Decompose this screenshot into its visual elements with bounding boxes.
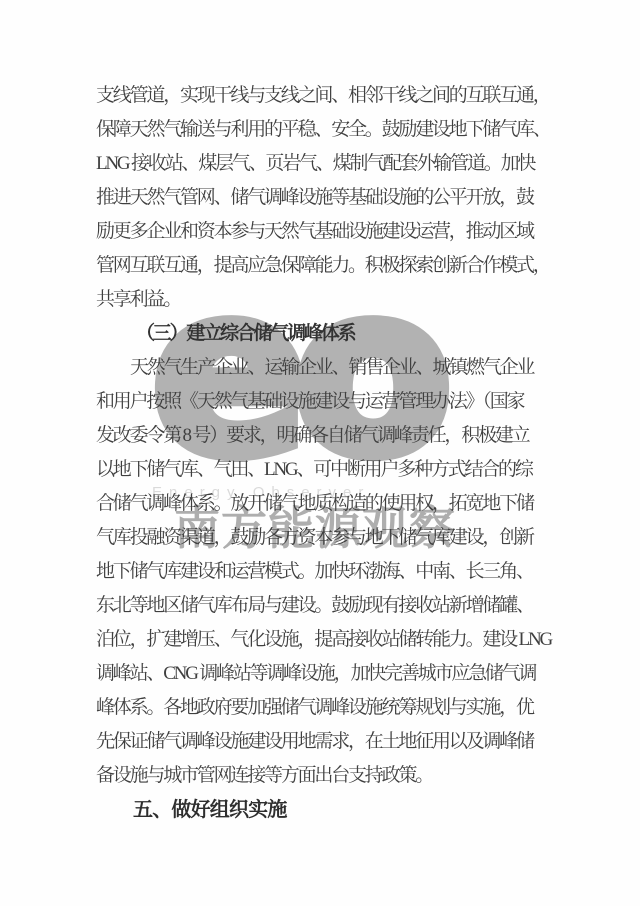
document-line: 泊位，扩建增压、气化设施，提高接收站储转能力。建设 LNG [96,623,566,657]
document-line: 峰体系。各地政府要加强储气调峰设施统筹规划与实施，优 [96,691,566,725]
document-text: 支线管道，实现干线与支线之间、相邻干线之间的互联互通，保障天然气输送与利用的平稳… [96,79,566,827]
document-line: 推进天然气管网、储气调峰设施等基础设施的公平开放，鼓 [96,181,566,215]
document-line: 励更多企业和资本参与天然气基础设施建设运营，推动区域 [96,215,566,249]
document-line: 以地下储气库、气田、LNG、可中断用户多种方式结合的综 [96,453,566,487]
document-line: 发改委令第 8 号）要求，明确各自储气调峰责任，积极建立 [96,419,566,453]
document-heading: 五、做好组织实施 [96,793,566,827]
document-line: 合储气调峰体系。放开储气地质构造的使用权，拓宽地下储 [96,487,566,521]
document-line: 共享利益。 [96,283,566,317]
document-line: LNG 接收站、煤层气、页岩气、煤制气配套外输管道。加快 [96,147,566,181]
document-line: 先保证储气调峰设施建设用地需求，在土地征用以及调峰储 [96,725,566,759]
document-line: 管网互联互通，提高应急保障能力。积极探索创新合作模式， [96,249,566,283]
document-line: 气库投融资渠道，鼓励各方资本参与地下储气库建设，创新 [96,521,566,555]
document-heading: （三）建立综合储气调峰体系 [96,317,566,351]
document-line: 天然气生产企业、运输企业、销售企业、城镇燃气企业 [96,351,566,385]
document-line: 和用户按照《天然气基础设施建设与运营管理办法》（国家 [96,385,566,419]
document-line: 东北等地区储气库布局与建设。鼓励现有接收站新增储罐、 [96,589,566,623]
document-page: eo Energy Observer 南方能源观察 支线管道，实现干线与支线之间… [0,0,640,906]
document-line: 调峰站、CNG 调峰站等调峰设施，加快完善城市应急储气调 [96,657,566,691]
document-line: 备设施与城市管网连接等方面出台支持政策。 [96,759,566,793]
document-line: 支线管道，实现干线与支线之间、相邻干线之间的互联互通， [96,79,566,113]
document-line: 保障天然气输送与利用的平稳、安全。鼓励建设地下储气库、 [96,113,566,147]
document-line: 地下储气库建设和运营模式。加快环渤海、中南、长三角、 [96,555,566,589]
